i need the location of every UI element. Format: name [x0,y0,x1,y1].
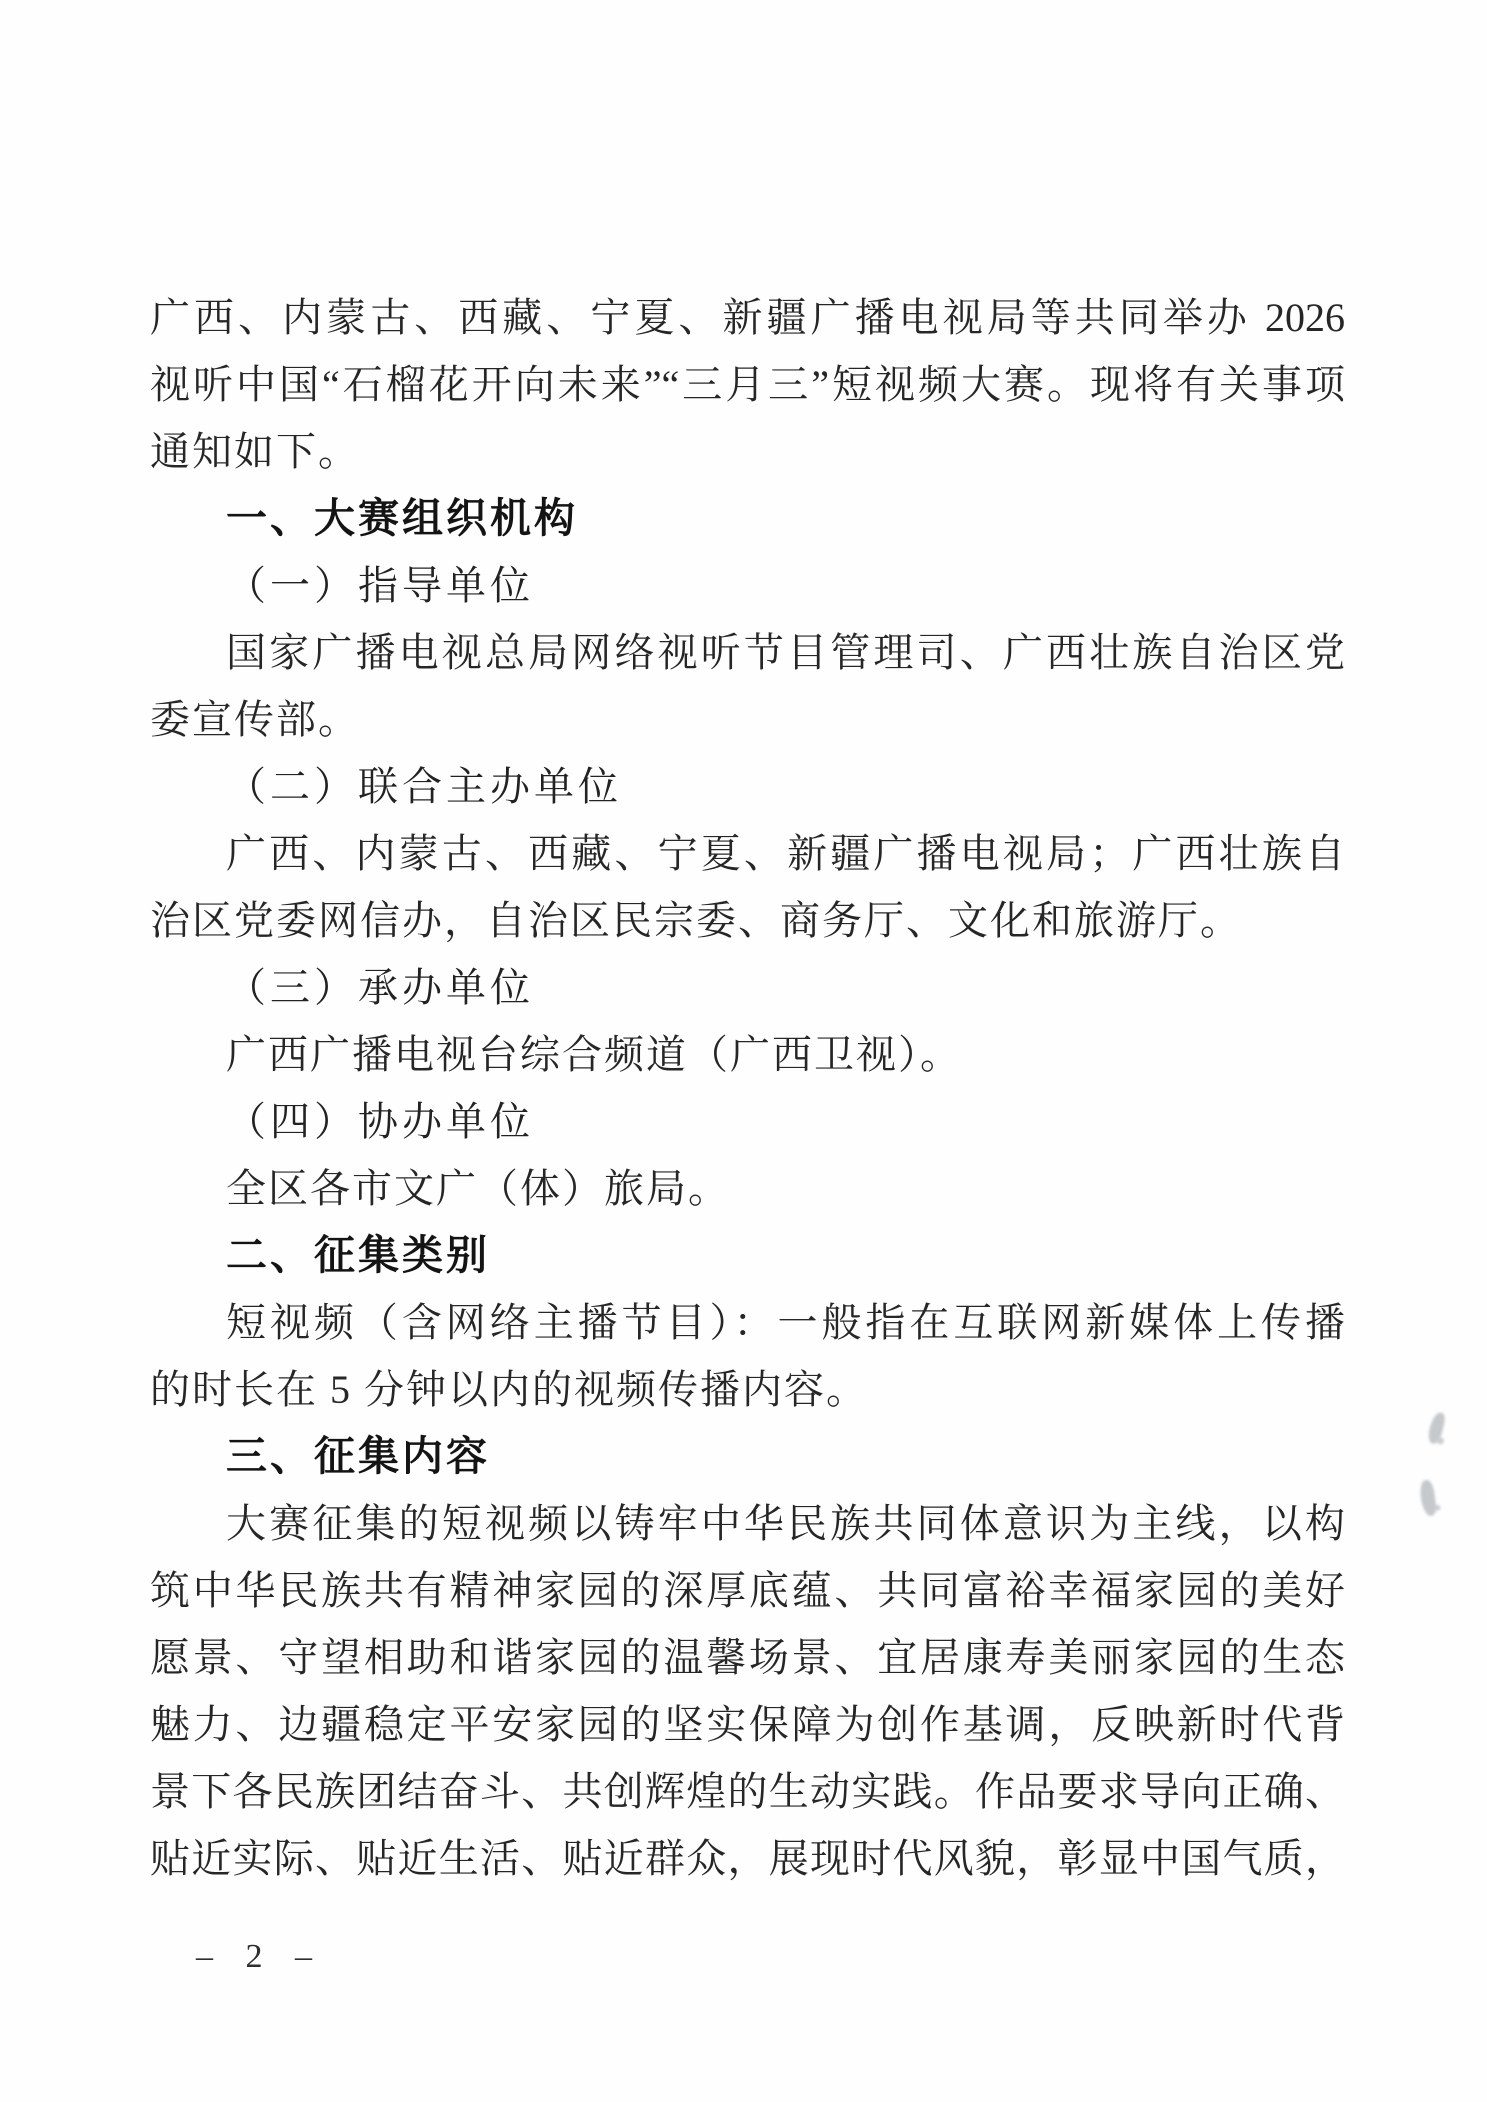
section-heading-1: 一、大赛组织机构 [150,485,1345,552]
body-line: 短视频（含网络主播节目）：一般指在互联网新媒体上传播 [150,1289,1345,1356]
body-line: 全区各市文广（体）旅局。 [150,1155,1345,1222]
body-line: 委宣传部。 [150,686,1345,753]
document-page: 广西、内蒙古、西藏、宁夏、新疆广播电视局等共同举办 2026 视听中国“石榴花开… [0,0,1487,2102]
document-body: 广西、内蒙古、西藏、宁夏、新疆广播电视局等共同举办 2026 视听中国“石榴花开… [150,284,1345,1892]
scan-smudge [1419,1479,1438,1517]
section-heading-3: 三、征集内容 [150,1423,1345,1490]
body-line: 大赛征集的短视频以铸牢中华民族共同体意识为主线，以构 [150,1490,1345,1557]
body-line: 的时长在 5 分钟以内的视频传播内容。 [150,1356,1345,1423]
page-number: – 2 – [196,1938,324,1976]
body-line: 广西广播电视台综合频道（广西卫视）。 [150,1021,1345,1088]
body-line: 筑中华民族共有精神家园的深厚底蕴、共同富裕幸福家园的美好 [150,1557,1345,1624]
body-line: 愿景、守望相助和谐家园的温馨场景、宜居康寿美丽家园的生态 [150,1624,1345,1691]
subsection-heading-4: （四）协办单位 [150,1088,1345,1155]
body-line: 国家广播电视总局网络视听节目管理司、广西壮族自治区党 [150,619,1345,686]
body-line: 广西、内蒙古、西藏、宁夏、新疆广播电视局；广西壮族自 [150,820,1345,887]
subsection-heading-1: （一）指导单位 [150,552,1345,619]
body-line: 景下各民族团结奋斗、共创辉煌的生动实践。作品要求导向正确、 [150,1758,1345,1825]
body-line: 广西、内蒙古、西藏、宁夏、新疆广播电视局等共同举办 2026 [150,284,1345,351]
scan-smudge [1426,1411,1446,1445]
body-line: 治区党委网信办，自治区民宗委、商务厅、文化和旅游厅。 [150,887,1345,954]
body-line: 魅力、边疆稳定平安家园的坚实保障为创作基调，反映新时代背 [150,1691,1345,1758]
section-heading-2: 二、征集类别 [150,1222,1345,1289]
subsection-heading-3: （三）承办单位 [150,954,1345,1021]
body-line: 贴近实际、贴近生活、贴近群众，展现时代风貌，彰显中国气质， [150,1825,1345,1892]
subsection-heading-2: （二）联合主办单位 [150,753,1345,820]
body-line: 视听中国“石榴花开向未来”“三月三”短视频大赛。现将有关事项 [150,351,1345,418]
body-line: 通知如下。 [150,418,1345,485]
